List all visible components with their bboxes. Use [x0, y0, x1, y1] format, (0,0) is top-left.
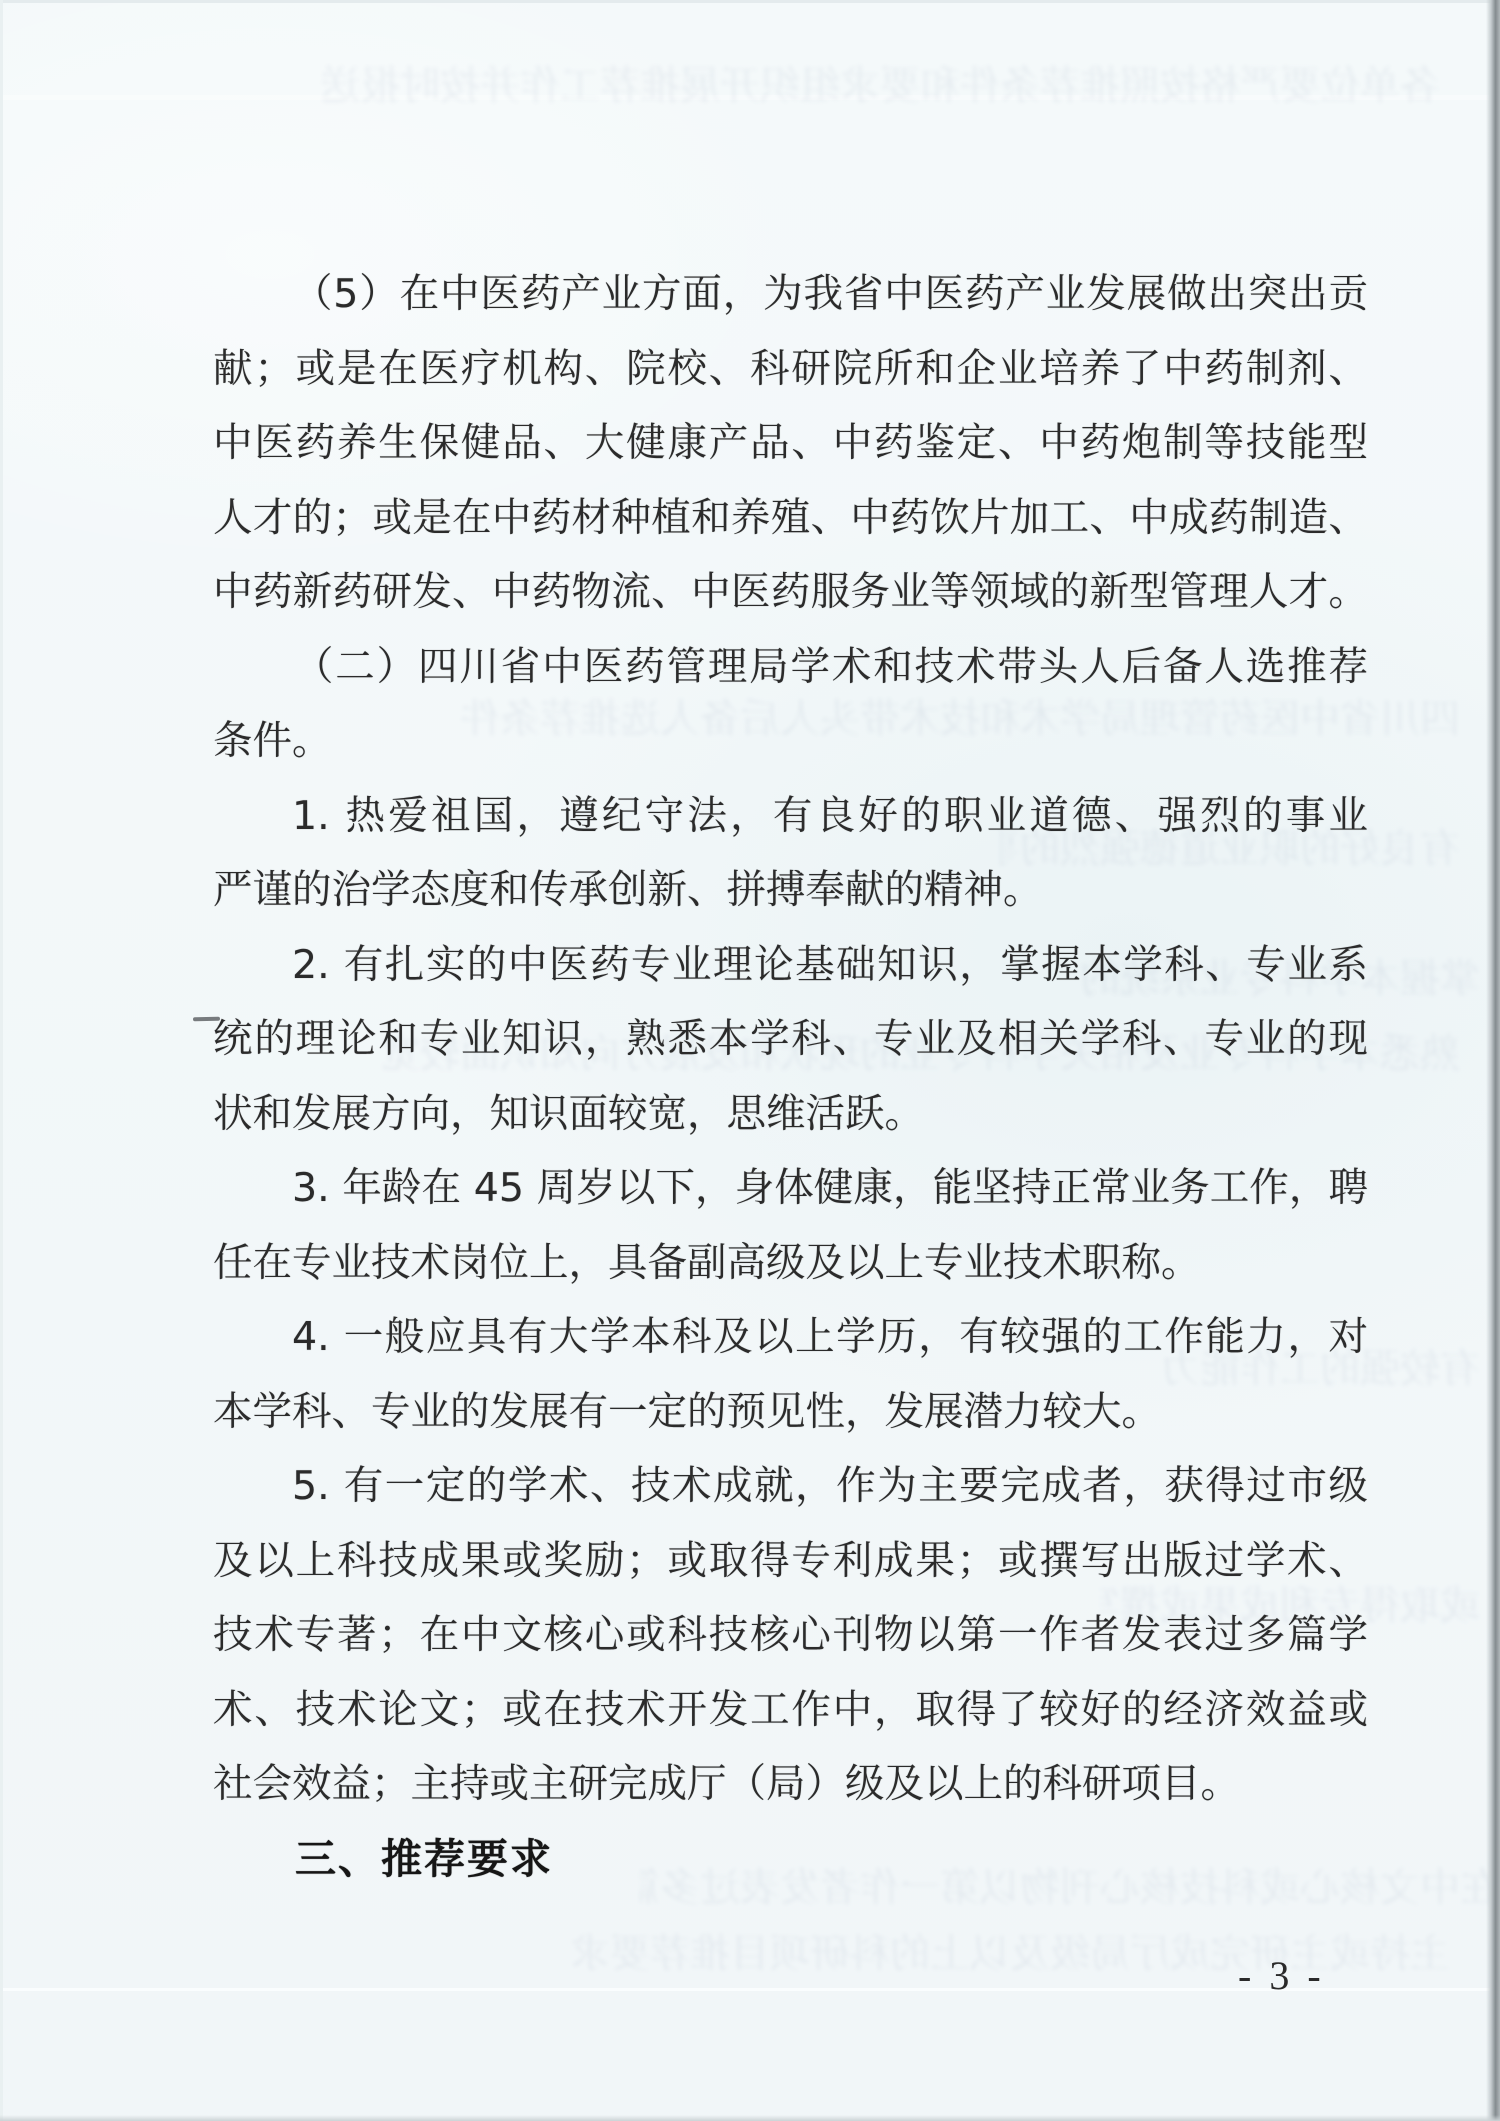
text-line: （5）在中医药产业方面，为我省中医药产业发展做出突出贡: [213, 257, 1368, 332]
text-line: 1. 热爱祖国，遵纪守法，有良好的职业道德、强烈的事业心、: [213, 779, 1368, 854]
document-body: （5）在中医药产业方面，为我省中医药产业发展做出突出贡献；或是在医疗机构、院校、…: [213, 257, 1368, 1896]
text-line: 中医药养生保健品、大健康产品、中药鉴定、中药炮制等技能型: [213, 406, 1368, 481]
scan-edge-bottom: [0, 2115, 1500, 2121]
text-line: 条件。: [213, 704, 1368, 779]
section-heading: 三、推荐要求: [213, 1822, 1368, 1897]
text-line: 4. 一般应具有大学本科及以上学历，有较强的工作能力，对: [213, 1300, 1368, 1375]
text-line: 术、技术论文；或在技术开发工作中，取得了较好的经济效益或: [213, 1673, 1368, 1748]
text-line: 社会效益；主持或主研完成厅（局）级及以上的科研项目。: [213, 1747, 1368, 1822]
page-number: - 3 -: [1238, 1952, 1325, 1999]
text-line: 中药新药研发、中药物流、中医药服务业等领域的新型管理人才。: [213, 555, 1368, 630]
text-line: 2. 有扎实的中医药专业理论基础知识，掌握本学科、专业系: [213, 928, 1368, 1003]
scan-artifact: [193, 1017, 220, 1021]
text-line: 任在专业技术岗位上，具备副高级及以上专业技术职称。: [213, 1226, 1368, 1301]
scan-edge-left: [0, 0, 3, 2121]
text-line: 本学科、专业的发展有一定的预见性，发展潜力较大。: [213, 1375, 1368, 1450]
text-line: 5. 有一定的学术、技术成就，作为主要完成者，获得过市级: [213, 1449, 1368, 1524]
scan-edge-right: [1486, 0, 1500, 2121]
text-line: 献；或是在医疗机构、院校、科研院所和企业培养了中药制剂、: [213, 332, 1368, 407]
text-line: 严谨的治学态度和传承创新、拼搏奉献的精神。: [213, 853, 1368, 928]
text-line: （二）四川省中医药管理局学术和技术带头人后备人选推荐: [213, 630, 1368, 705]
text-line: 状和发展方向，知识面较宽，思维活跃。: [213, 1077, 1368, 1152]
scan-edge-top: [0, 0, 1500, 3]
text-line: 及以上科技成果或奖励；或取得专利成果；或撰写出版过学术、: [213, 1524, 1368, 1599]
text-line: 人才的；或是在中药材种植和养殖、中药饮片加工、中成药制造、: [213, 481, 1368, 556]
scanned-document-page: 各单位要严格按照推荐条件和要求组织开展推荐工作并按时报送四川省中医药管理局学术和…: [0, 0, 1500, 2121]
text-line: 统的理论和专业知识，熟悉本学科、专业及相关学科、专业的现: [213, 1002, 1368, 1077]
bleedthrough-text: 各单位要严格按照推荐条件和要求组织开展推荐工作并按时报送: [40, 60, 1440, 112]
text-line: 技术专著；在中文核心或科技核心刊物以第一作者发表过多篇学: [213, 1598, 1368, 1673]
scan-streak: [0, 95, 1500, 100]
text-line: 3. 年龄在 45 周岁以下，身体健康，能坚持正常业务工作，聘: [213, 1151, 1368, 1226]
